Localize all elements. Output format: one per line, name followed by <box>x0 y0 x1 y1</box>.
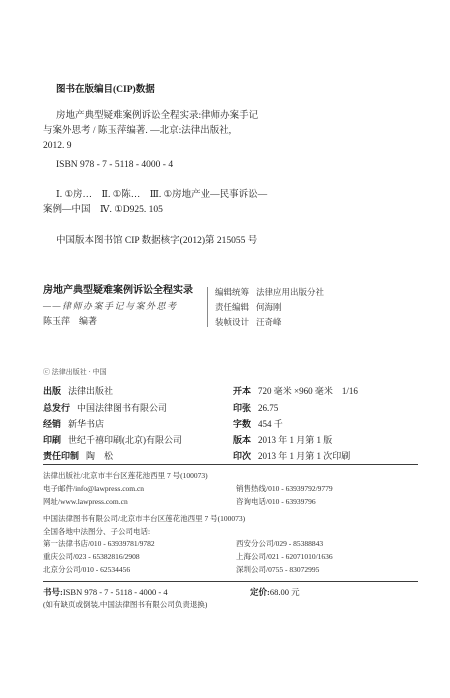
pubinfo-value: 2013 年 1 月第 1 次印刷 <box>258 451 350 461</box>
pubinfo-label: 开本 <box>233 386 251 396</box>
copyright-line: ⓒ 法律出版社 · 中国 <box>43 368 107 377</box>
pubinfo-label: 版本 <box>233 435 251 445</box>
pubinfo-row-distributor: 总发行中国法律图书有限公司 <box>43 403 167 414</box>
cip-author-line: 与案外思考 / 陈玉萍编著. —北京:法律出版社, <box>43 126 231 138</box>
credit-label: 编辑统筹 <box>215 287 249 297</box>
pubinfo-label: 总发行 <box>43 403 70 413</box>
pubinfo-row-print-supervisor: 责任印制陶 松 <box>43 451 113 462</box>
branches-header: 全国各地中法图分、子公司电话: <box>43 527 150 536</box>
credit-label: 责任编辑 <box>215 302 249 312</box>
pubinfo-value: 454 千 <box>258 419 283 429</box>
pubinfo-value: 世纪千禧印刷(北京)有限公司 <box>68 435 182 445</box>
pubinfo-value: 中国法律图书有限公司 <box>77 403 167 413</box>
cip-isbn-line: ISBN 978 - 7 - 5118 - 4000 - 4 <box>56 160 173 172</box>
book-author: 陈玉萍 编著 <box>43 316 97 327</box>
branch-phone: 深圳公司/0755 - 83072995 <box>236 565 319 574</box>
pubinfo-row-impression: 印次2013 年 1 月第 1 次印刷 <box>233 451 350 462</box>
branch-phone: 西安分公司/029 - 85388843 <box>236 539 323 548</box>
footer-price-value: 68.00 元 <box>270 587 300 597</box>
credit-row-cover-design: 装帧设计汪奇峰 <box>215 317 282 328</box>
divider-rule-top <box>43 464 418 465</box>
credit-value: 法律应用出版分社 <box>256 287 324 297</box>
cip-classification-line-1: Ⅰ. ①房… Ⅱ. ①陈… Ⅲ. ①房地产业—民事诉讼— <box>56 190 267 202</box>
pubinfo-row-printer: 印刷世纪千禧印刷(北京)有限公司 <box>43 435 182 446</box>
pubinfo-label: 印次 <box>233 451 251 461</box>
pubinfo-value: 720 毫米 ×960 毫米 1/16 <box>258 386 358 396</box>
pubinfo-row-sheets: 印张26.75 <box>233 403 278 414</box>
cip-title-line: 房地产典型疑难案例诉讼全程实录:律师办案手记 <box>56 111 258 123</box>
book-title: 房地产典型疑难案例诉讼全程实录 <box>43 285 193 298</box>
pubinfo-value: 法律出版社 <box>68 386 113 396</box>
credit-row-editor-group: 编辑统筹法律应用出版分社 <box>215 287 324 298</box>
cip-record-line: 中国版本图书馆 CIP 数据核字(2012)第 215055 号 <box>56 236 257 248</box>
pubinfo-value: 26.75 <box>258 403 278 413</box>
press-website: 网址/www.lawpress.com.cn <box>43 497 128 506</box>
pubinfo-row-wordcount: 字数454 千 <box>233 419 283 430</box>
book-subtitle: ——律师办案手记与案外思考 <box>43 301 178 312</box>
pubinfo-row-publisher: 出版法律出版社 <box>43 386 113 397</box>
pubinfo-value: 2013 年 1 月第 1 版 <box>258 435 332 445</box>
press-address: 法律出版社/北京市丰台区莲花池西里 7 号(100073) <box>43 471 208 480</box>
branch-phone: 第一法律书店/010 - 63939781/9782 <box>43 539 155 548</box>
credit-value: 汪奇峰 <box>256 317 282 327</box>
credit-row-responsible-editor: 责任编辑何海刚 <box>215 302 282 313</box>
company-address: 中国法律图书有限公司/北京市丰台区莲花池西里 7 号(100073) <box>43 514 245 523</box>
branch-phone: 北京分公司/010 - 62534456 <box>43 565 130 574</box>
pubinfo-value: 陶 松 <box>86 451 113 461</box>
cip-year-line: 2012. 9 <box>43 141 72 153</box>
pubinfo-label: 责任印制 <box>43 451 79 461</box>
book-copyright-page: 图书在版编目(CIP)数据 房地产典型疑难案例诉讼全程实录:律师办案手记 与案外… <box>0 0 450 698</box>
pubinfo-row-seller: 经销新华书店 <box>43 419 104 430</box>
pubinfo-row-edition: 版本2013 年 1 月第 1 版 <box>233 435 332 446</box>
footer-isbn-value: ISBN 978 - 7 - 5118 - 4000 - 4 <box>63 587 168 597</box>
cip-header: 图书在版编目(CIP)数据 <box>56 85 155 97</box>
pubinfo-value: 新华书店 <box>68 419 104 429</box>
branch-phone: 重庆公司/023 - 65382816/2908 <box>43 552 140 561</box>
pubinfo-label: 印张 <box>233 403 251 413</box>
footer-price: 定价:68.00 元 <box>250 587 300 598</box>
title-block-divider <box>207 287 208 327</box>
footer-return-note: (如有缺页或倒装,中国法律图书有限公司负责退换) <box>43 600 207 609</box>
pubinfo-row-format: 开本720 毫米 ×960 毫米 1/16 <box>233 386 358 397</box>
pubinfo-label: 字数 <box>233 419 251 429</box>
cip-classification-line-2: 案例—中国 Ⅳ. ①D925. 105 <box>43 205 163 217</box>
pubinfo-label: 经销 <box>43 419 61 429</box>
sales-hotline: 销售热线/010 - 63939792/9779 <box>236 484 333 493</box>
credit-value: 何海刚 <box>256 302 282 312</box>
press-email: 电子邮件/info@lawpress.com.cn <box>43 484 144 493</box>
pubinfo-label: 出版 <box>43 386 61 396</box>
inquiry-phone: 咨询电话/010 - 63939796 <box>236 497 316 506</box>
footer-isbn-label: 书号: <box>43 587 63 597</box>
footer-isbn: 书号:ISBN 978 - 7 - 5118 - 4000 - 4 <box>43 587 168 598</box>
divider-rule-bottom <box>43 581 418 582</box>
branch-phone: 上海公司/021 - 62071010/1636 <box>236 552 333 561</box>
footer-price-label: 定价: <box>250 587 270 597</box>
pubinfo-label: 印刷 <box>43 435 61 445</box>
credit-label: 装帧设计 <box>215 317 249 327</box>
